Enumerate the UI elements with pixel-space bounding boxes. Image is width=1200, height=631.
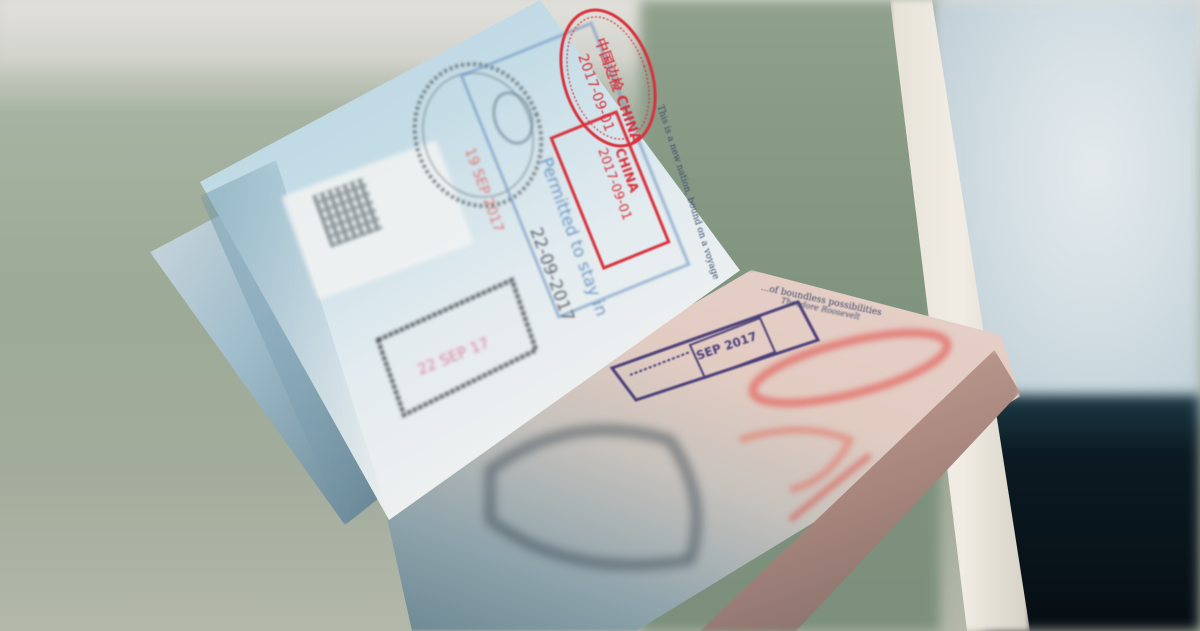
black-rect-stamp: 22 SEP 17 [378,280,536,415]
stamps-layer: 19 SEP 2017 Permitted to stay in 22-09-2… [0,0,1200,631]
blue-visa-stamp: Permitted to stay in 22-09-2017 [461,23,688,324]
reflected-stamp [490,430,697,565]
round-gray-stamp: 19 SEP 2017 [395,46,561,234]
svg-text:19 SEP 2017: 19 SEP 2017 [461,146,506,235]
passport-photo: 19 SEP 2017 Permitted to stay in 22-09-2… [0,0,1200,631]
purple-entry-stamp: SEP 2017 [612,302,818,400]
red-faint-stamp [740,319,953,520]
